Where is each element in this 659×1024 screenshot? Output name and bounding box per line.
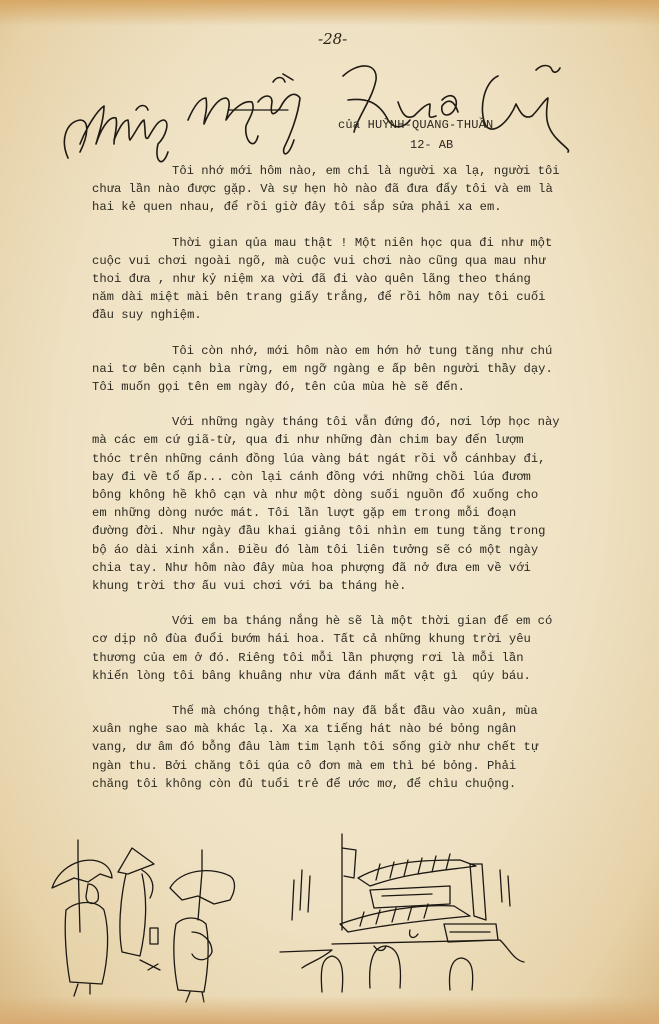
- text-line: cuộc vui chơi ngoài ngõ, mà cuộc vui chơ…: [92, 252, 640, 270]
- paragraph: Với em ba tháng nắng hè sẽ là một thời g…: [92, 612, 640, 685]
- text-line: đầu suy nghiệm.: [92, 306, 640, 324]
- text-line: bông không hề khô cạn và như một dòng su…: [92, 486, 640, 504]
- citadel-gate-icon: [280, 834, 524, 992]
- illustrations: [30, 820, 630, 1024]
- author-line: của HUỲNH-QUANG-THUẦN: [338, 118, 493, 132]
- text-line: Tôi nhớ mới hôm nào, em chỉ là người xa …: [92, 162, 640, 180]
- text-line: năm dài miệt mài bên trang giấy trắng, đ…: [92, 288, 640, 306]
- illustration-sketches-icon: [30, 820, 630, 1024]
- text-line: ngàn thu. Bởi chăng tôi qúa cô đơn mà em…: [92, 757, 640, 775]
- text-line: em những dòng nước mát. Tôi lần lượt gặp…: [92, 504, 640, 522]
- paragraph: Thế mà chóng thật,hôm nay đã bắt đầu vào…: [92, 702, 640, 793]
- text-line: bay đi về tổ ấp... còn lại cánh đồng với…: [92, 468, 640, 486]
- text-line: chưa lần nào được gặp. Và sự hẹn hò nào …: [92, 180, 640, 198]
- text-line: thương của em ở đó. Riêng tôi mỗi lần ph…: [92, 649, 640, 667]
- text-line: Thời gian qủa mau thật ! Một niên học qu…: [92, 234, 640, 252]
- paragraph: Thời gian qủa mau thật ! Một niên học qu…: [92, 234, 640, 325]
- paragraph: Tôi nhớ mới hôm nào, em chỉ là người xa …: [92, 162, 640, 217]
- text-line: cơ dịp nô đùa đuổi bướm hái hoa. Tất cả …: [92, 630, 640, 648]
- text-line: Tôi còn nhớ, mới hôm nào em hớn hở tung …: [92, 342, 640, 360]
- text-line: Thế mà chóng thật,hôm nay đã bắt đầu vào…: [92, 702, 640, 720]
- body-text: Tôi nhớ mới hôm nào, em chỉ là người xa …: [92, 162, 640, 810]
- text-line: xuân nghe sao mà khác lạ. Xa xa tiếng há…: [92, 720, 640, 738]
- text-line: Với những ngày tháng tôi vẫn đứng đó, nơ…: [92, 413, 640, 431]
- text-line: thoi đưa , như kỷ niệm xa vời đã đi vào …: [92, 270, 640, 288]
- scanned-page: -28- Những ngày xưa cũ: [0, 0, 659, 1024]
- class-label: 12- AB: [410, 138, 453, 152]
- text-line: nai tơ bên cạnh bìa rừng, em ngỡ ngàng e…: [92, 360, 640, 378]
- text-line: Với em ba tháng nắng hè sẽ là một thời g…: [92, 612, 640, 630]
- text-line: khung trời thơ ấu vui chơi với ba tháng …: [92, 577, 640, 595]
- paragraph: Với những ngày tháng tôi vẫn đứng đó, nơ…: [92, 413, 640, 595]
- text-line: đường đời. Như ngày đầu khai giảng tôi n…: [92, 522, 640, 540]
- paragraph: Tôi còn nhớ, mới hôm nào em hớn hở tung …: [92, 342, 640, 397]
- text-line: chia tay. Như hôm nào đây mùa hoa phượng…: [92, 559, 640, 577]
- text-line: hai kẻ quen nhau, để rồi giờ đây tôi sắp…: [92, 198, 640, 216]
- text-line: bộ áo dài xinh xắn. Điều đó làm tôi liên…: [92, 541, 640, 559]
- text-line: Tôi muốn gọi tên em ngày đó, tên của mùa…: [92, 378, 640, 396]
- text-line: thóc trên những cánh đồng lúa vàng bát n…: [92, 450, 640, 468]
- umbrella-figures-icon: [52, 840, 235, 1002]
- text-line: khiến lòng tôi bâng khuâng như vừa đánh …: [92, 667, 640, 685]
- text-line: chăng tôi không còn đủ tuổi trẻ để ước m…: [92, 775, 640, 793]
- text-line: vang, dư âm đó bỗng đâu làm tim lạnh tôi…: [92, 738, 640, 756]
- text-line: mà các em cứ giã-từ, qua đi như những đà…: [92, 431, 640, 449]
